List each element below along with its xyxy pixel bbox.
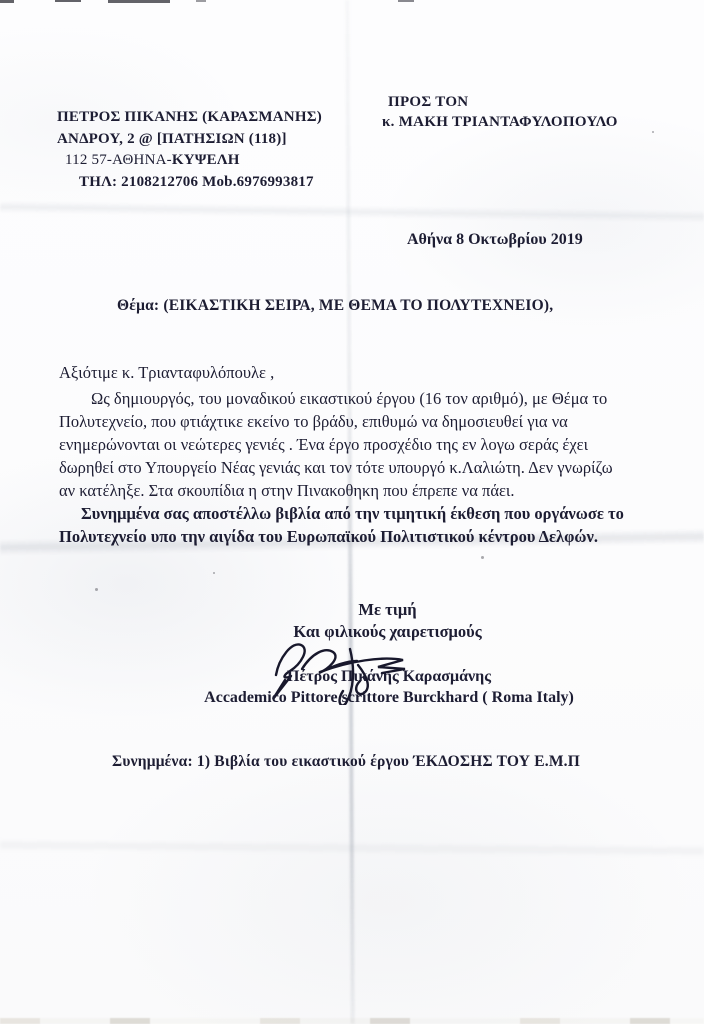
ink-speck — [95, 588, 98, 591]
body-line: Πολυτεχνείο, που φτιάχτικε εκείνο το βρά… — [59, 410, 671, 433]
recipient-heading: ΠΡΟΣ ΤΟΝ — [382, 92, 618, 112]
attachments-line: Συνημμένα: 1) Βιβλία του εικαστικού έργο… — [112, 753, 580, 771]
recipient-name: κ. ΜΑΚΗ ΤΡΙΑΝΤΑΦΥΛΟΠΟΥΛΟ — [382, 112, 618, 132]
sender-block: ΠΕΤΡΟΣ ΠΙΚΑΝΗΣ (ΚΑΡΑΣΜΑΝΗΣ) ΑΝΔΡΟΥ, 2 @ … — [57, 107, 322, 193]
body-line: δωρηθεί στο Υπουργείο Νέας γενιάς και το… — [59, 456, 671, 479]
body-line: αν κατέληξε. Στα σκουπίδια η στην Πινακο… — [59, 479, 671, 502]
paper-bottom-edge — [0, 1018, 704, 1024]
sender-district: ΚΥΨΕΛΗ — [172, 152, 240, 168]
sender-postal: 112 57-ΑΘΗΝΑ- — [65, 152, 172, 168]
body-line: ενημερώνονται οι νεώτερες γενιές . Ένα έ… — [59, 433, 671, 456]
ink-speck — [213, 572, 215, 574]
horizontal-fold-crease — [0, 201, 704, 223]
sender-street: ΑΝΔΡΟΥ, 2 @ [ΠΑΤΗΣΙΩΝ (118)] — [57, 129, 322, 151]
signatory-title: Accademico Pittore scrittore Burckhard (… — [199, 687, 579, 708]
scan-artifact — [196, 0, 206, 2]
body-line: Ως δημιουργός, του μοναδικού εικαστικού … — [59, 387, 671, 410]
date-line: Αθήνα 8 Οκτωβρίου 2019 — [407, 231, 583, 249]
letter-body: Ως δημιουργός, του μοναδικού εικαστικού … — [59, 387, 671, 548]
body-bold-line: Συνημμένα σας αποστέλλω βιβλία από την τ… — [59, 502, 671, 525]
recipient-block: ΠΡΟΣ ΤΟΝ κ. ΜΑΚΗ ΤΡΙΑΝΤΑΦΥΛΟΠΟΥΛΟ — [382, 92, 618, 132]
scan-artifact — [398, 0, 414, 2]
subject-line: Θέμα: (ΕΙΚΑΣΤΙΚΗ ΣΕΙΡΑ, ΜΕ ΘΕΜΑ ΤΟ ΠΟΛΥΤ… — [117, 297, 553, 315]
ink-speck — [652, 131, 654, 133]
scan-artifact — [0, 0, 14, 3]
scan-artifact — [108, 0, 170, 3]
scanned-letter-page: ΠΕΤΡΟΣ ΠΙΚΑΝΗΣ (ΚΑΡΑΣΜΑΝΗΣ) ΑΝΔΡΟΥ, 2 @ … — [0, 0, 704, 1024]
sender-phones: ΤΗΛ: 2108212706 Mob.6976993817 — [57, 172, 322, 194]
body-bold-line: Πολυτεχνείο υπο την αιγίδα του Ευρωπαϊκο… — [59, 525, 671, 548]
signatory-name: Πέτρος Πικάνης Καρασμάνης — [199, 666, 579, 687]
sender-name: ΠΕΤΡΟΣ ΠΙΚΑΝΗΣ (ΚΑΡΑΣΜΑΝΗΣ) — [57, 107, 322, 129]
scan-artifact — [55, 0, 81, 2]
closing-regards: Με τιμή — [205, 599, 570, 621]
sender-city: 112 57-ΑΘΗΝΑ-ΚΥΨΕΛΗ — [57, 150, 322, 172]
ink-speck — [481, 556, 484, 559]
salutation-line: Αξιότιμε κ. Τριανταφυλόπουλε , — [59, 363, 274, 383]
signatory-block: Πέτρος Πικάνης Καρασμάνης Accademico Pit… — [199, 666, 579, 708]
